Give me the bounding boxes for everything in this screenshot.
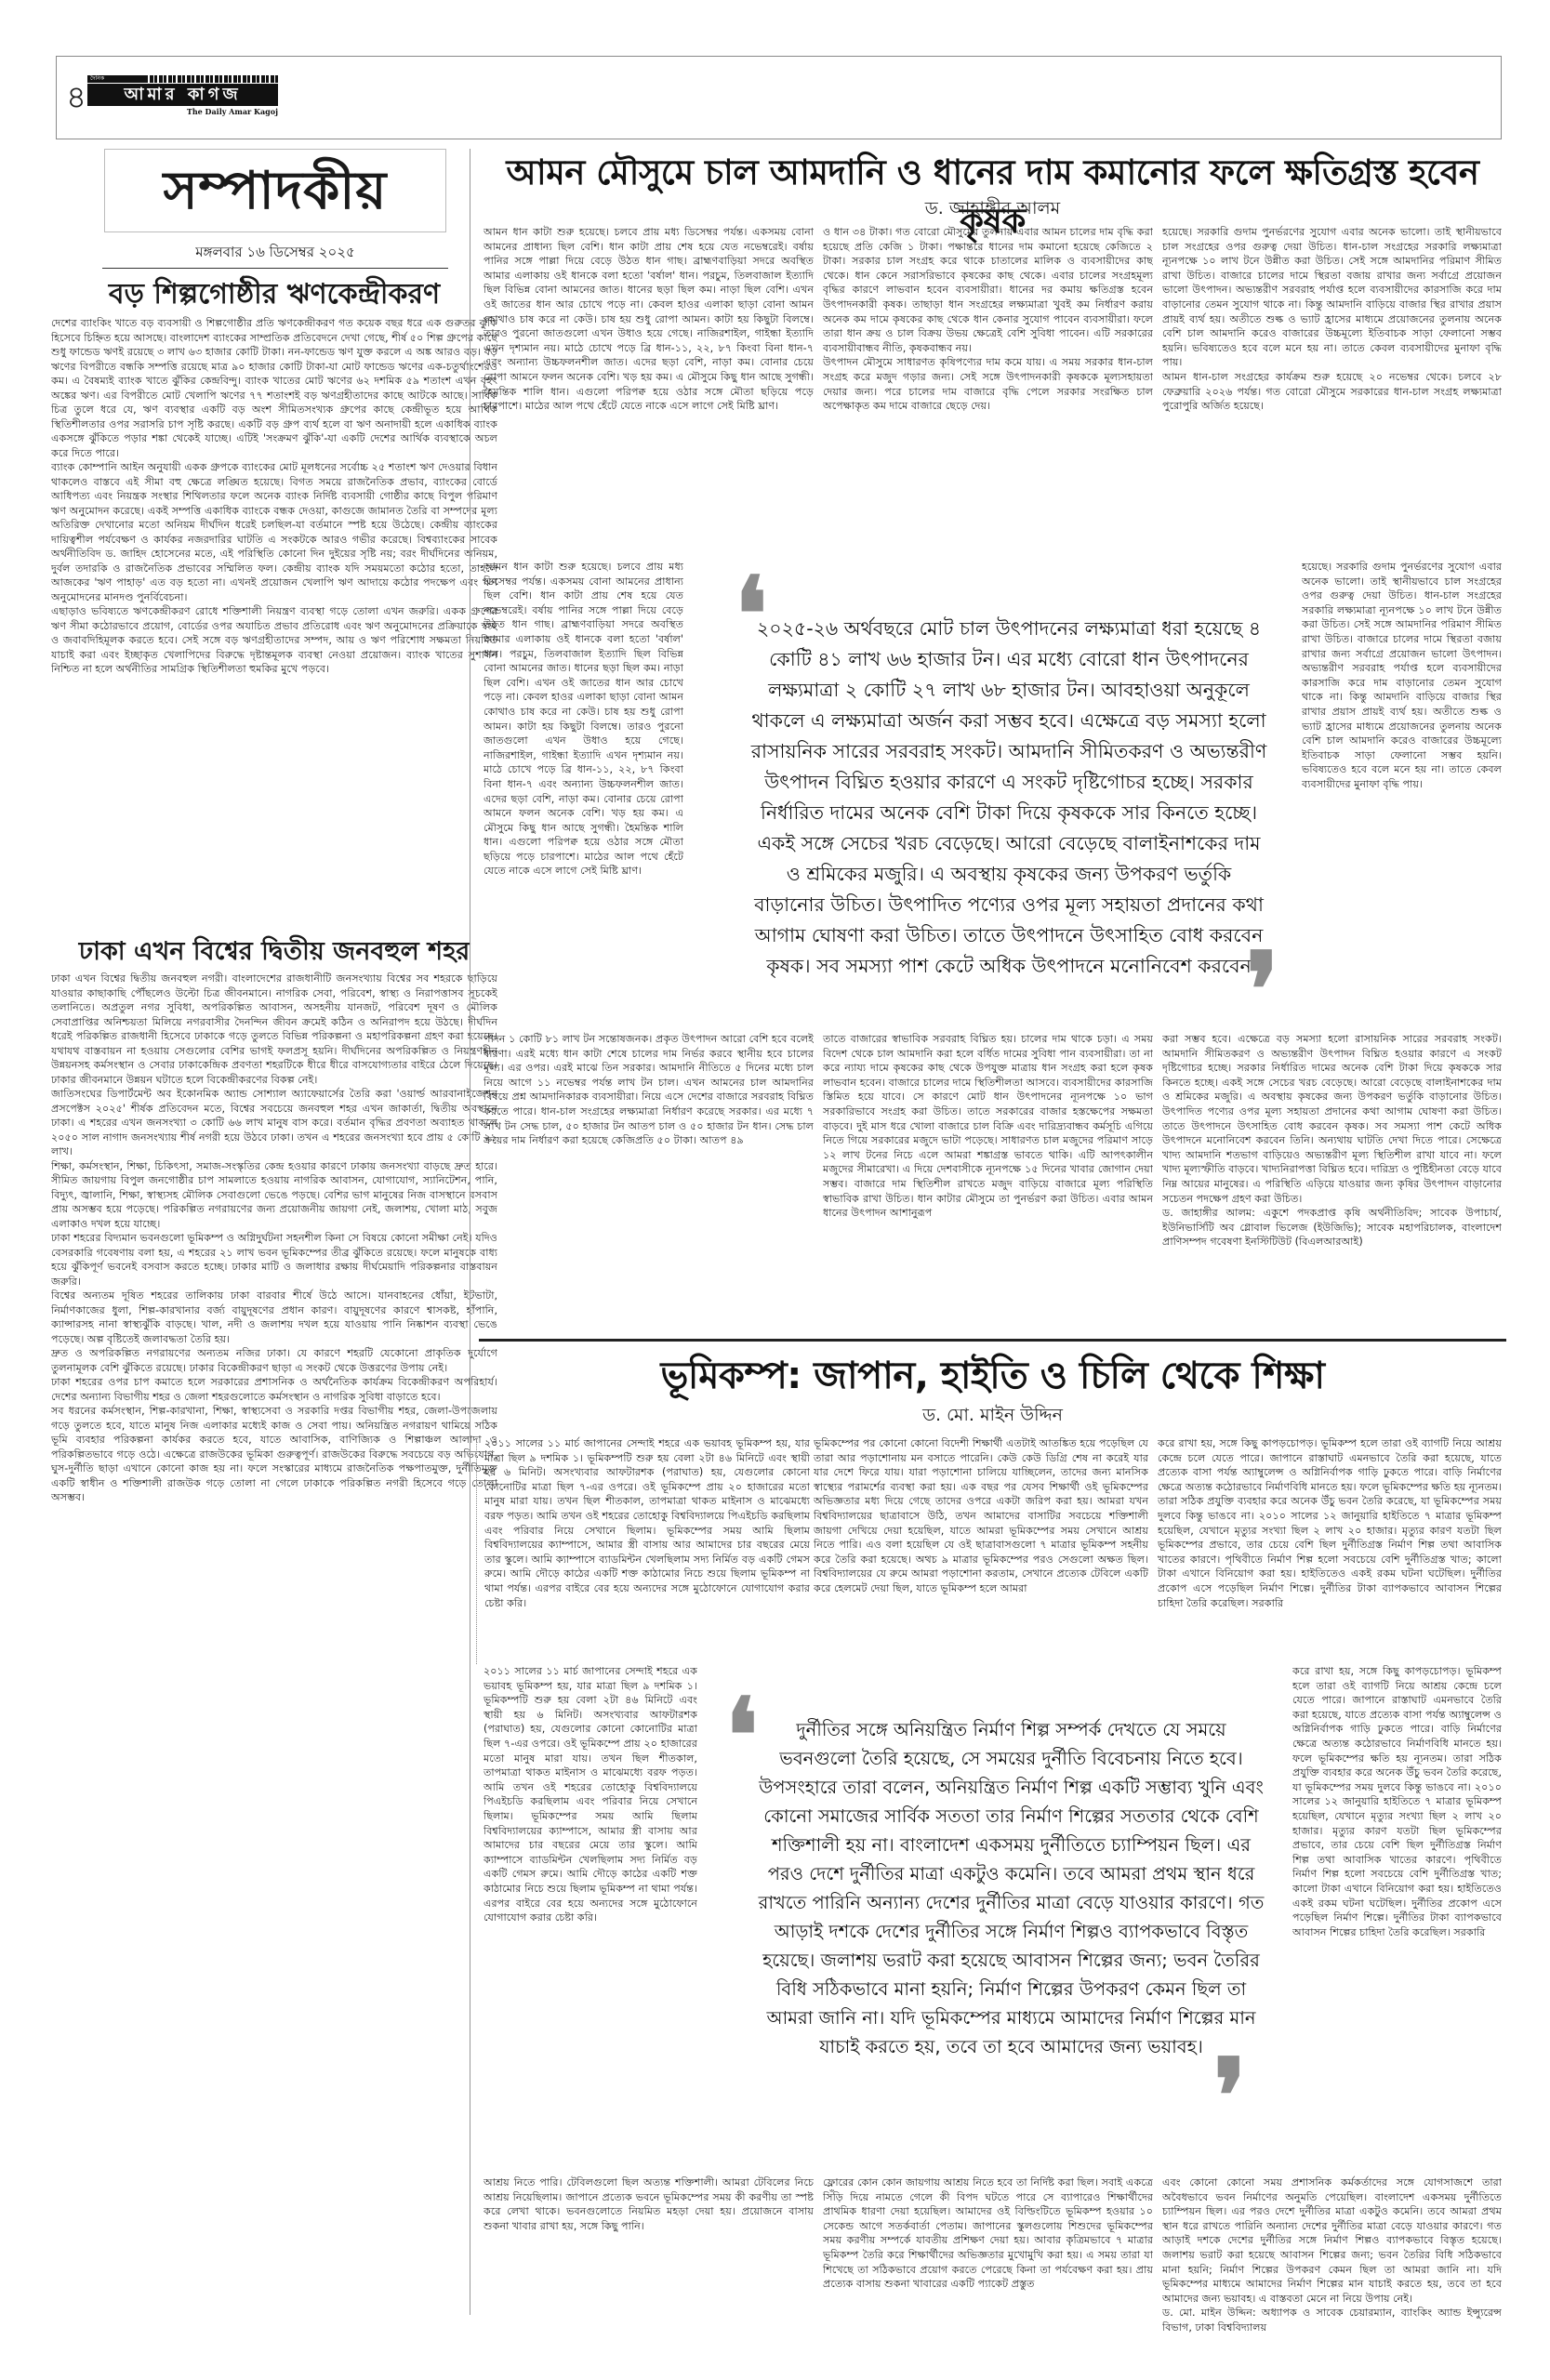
paragraph: দ্রুত ও অপরিকল্পিত নগরায়ণের অন্যতম নজির… (51, 1346, 497, 1375)
paragraph: ঢাকা শহরের বিদ্যমান ভবনগুলো ভূমিকম্প ও অ… (51, 1231, 497, 1289)
article-column: ভূমিকম্পের পর কোনো কোনো বিদেশী শিক্ষার্থ… (814, 1436, 1148, 1650)
article-column: আমন ধান কাটা শুরু হয়েছে। চলবে প্রায় মধ… (484, 225, 814, 560)
article-column-strip: করে রাখা হয়, সঙ্গে কিছু কাপড়চোপড়। ভূম… (1292, 1664, 1502, 2171)
paragraph: ফ্লোরের কোন কোন জায়গায় আশ্রয় নিতে হবে… (823, 2175, 1153, 2292)
paragraph: ব্যাংক কোম্পানি আইন অনুযায়ী একক গ্রুপকে… (51, 460, 497, 604)
author-bio: ড. জাহাঙ্গীর আলম: একুশে পদকপ্রাপ্ত কৃষি … (1162, 1206, 1502, 1249)
close-quote-icon: ❜ (1246, 939, 1278, 1041)
paragraph: হয়েছে। সরকারি গুদাম পুনর্ভরণের সুযোগ এব… (1302, 560, 1502, 792)
column-divider (470, 149, 470, 2315)
author-bio: ড. মো. মাইন উদ্দিন: অধ্যাপক ও সাবেক চেয়… (1162, 2306, 1502, 2334)
logo-name: আমার কাগজ (87, 84, 278, 106)
article-column: ২০১১ সালের ১১ মার্চ জাপানের সেন্দাই শহরে… (476, 1436, 810, 1664)
article-column: পাদন ১ কোটি ৮১ লাখ টন সন্তোষজনক। প্রকৃত … (484, 1032, 814, 1334)
paragraph: ঢাকা এখন বিশ্বের দ্বিতীয় জনবহুল নগরী। ব… (51, 972, 497, 1087)
paragraph: ও ধান ৩৪ টাকা। গত বোরো মৌসুমের তুলনায় এ… (823, 225, 1153, 355)
article-byline: ড. জাহাঙ্গীর আলম (479, 195, 1506, 225)
paragraph: বিশ্বের অন্যতম দূষিত শহরের তালিকায় ঢাকা… (51, 1289, 497, 1346)
logo-prefix: দৈনিক (87, 75, 145, 83)
article-column-strip: আমন ধান কাটা শুরু হয়েছে। চলবে প্রায় মধ… (484, 560, 683, 1029)
masthead-bar: ৪ দৈনিক আমার কাগজ The Daily Amar Kagoj (56, 56, 1502, 139)
paragraph: পাদন ১ কোটি ৮১ লাখ টন সন্তোষজনক। প্রকৃত … (484, 1032, 814, 1148)
article-headline: ভূমিকম্প: জাপান, হাইতি ও চিলি থেকে শিক্ষ… (479, 1350, 1506, 1402)
paragraph: ভূমিকম্পের পর কোনো কোনো বিদেশী শিক্ষার্থ… (814, 1436, 1148, 1596)
editorial-headline: ঢাকা এখন বিশ্বের দ্বিতীয় জনবহুল শহর (51, 934, 497, 970)
paragraph: আশ্রয় নিতে পারি। টেবিলগুলো ছিল অত্যন্ত … (484, 2175, 814, 2233)
paragraph: ২০১১ সালের ১১ মার্চ জাপানের সেন্দাই শহরে… (484, 1664, 697, 1925)
editorial-date: মঙ্গলবার ১৬ ডিসেম্বর ২০২৫ (102, 242, 448, 265)
paragraph: করে রাখা হয়, সঙ্গে কিছু কাপড়চোপড়। ভূম… (1158, 1436, 1502, 1610)
article-column: আশ্রয় নিতে পারি। টেবিলগুলো ছিল অত্যন্ত … (484, 2175, 814, 2361)
editorial-headline: বড় শিল্পগোষ্ঠীর ঋণকেন্দ্রীকরণ (51, 275, 497, 314)
paragraph: ২০১১ সালের ১১ মার্চ জাপানের সেন্দাই শহরে… (484, 1436, 810, 1610)
article-byline: ড. মো. মাইন উদ্দিন (479, 1402, 1506, 1432)
paragraph: দেশের ব্যাংকিং খাতে বড় ব্যবসায়ী ও শিল্… (51, 316, 497, 460)
paragraph: তাতে বাজারের স্বাভাবিক সরবরাহ বিঘ্নিত হয… (823, 1032, 1153, 1221)
paragraph: শিক্ষা, কর্মসংস্থান, শিক্ষা, চিকিৎসা, সম… (51, 1159, 497, 1232)
pull-quote: দুর্নীতির সঙ্গে অনিয়ন্ত্রিত নির্মাণ শিল… (758, 1715, 1265, 2082)
article-column: তাতে বাজারের স্বাভাবিক সরবরাহ বিঘ্নিত হয… (823, 1032, 1153, 1334)
article-column-strip: ২০১১ সালের ১১ মার্চ জাপানের সেন্দাই শহরে… (484, 1664, 697, 2171)
paragraph: করে রাখা হয়, সঙ্গে কিছু কাপড়চোপড়। ভূম… (1292, 1664, 1502, 1939)
divider (102, 268, 448, 269)
paragraph: সব ধরনের কর্মসংস্থান, শিল্প-কারখানা, শিক… (51, 1404, 497, 1505)
editorial-sidebar: সম্পাদকীয় মঙ্গলবার ১৬ ডিসেম্বর ২০২৫ বড়… (102, 149, 448, 2361)
open-quote-icon: ❛ (725, 1685, 758, 1787)
paragraph: উৎপাদন মৌসুমে সাধারণত কৃষিপণ্যের দাম কমে… (823, 355, 1153, 413)
close-quote-icon: ❜ (1213, 2045, 1246, 2148)
article-column: ও ধান ৩৪ টাকা। গত বোরো মৌসুমের তুলনায় এ… (823, 225, 1153, 560)
paragraph: এছাড়াও ভবিষ্যতে ঋণকেন্দ্রীকরণ রোধে শক্ত… (51, 604, 497, 677)
logo-english-name: The Daily Amar Kagoj (187, 107, 278, 116)
editorial-section-title-box: সম্পাদকীয় (104, 149, 446, 232)
article-separator (479, 1339, 1506, 1342)
newspaper-logo: দৈনিক আমার কাগজ The Daily Amar Kagoj (87, 75, 278, 116)
article-column: করা সম্ভব হবে। এক্ষেত্রে বড় সমস্যা হলো … (1162, 1032, 1502, 1334)
article-column-strip: হয়েছে। সরকারি গুদাম পুনর্ভরণের সুযোগ এব… (1302, 560, 1502, 1029)
paragraph: আমন ধান কাটা শুরু হয়েছে। চলবে প্রায় মধ… (484, 225, 814, 414)
page-number: ৪ (66, 73, 86, 126)
article-column: হয়েছে। সরকারি গুদাম পুনর্ভরণের সুযোগ এব… (1162, 225, 1502, 560)
article-column: ফ্লোরের কোন কোন জায়গায় আশ্রয় নিতে হবে… (823, 2175, 1153, 2361)
logo-skyline-icon (145, 75, 278, 83)
editorial-section-title: সম্পাদকীয় (164, 160, 388, 221)
editorial-body: ঢাকা এখন বিশ্বের দ্বিতীয় জনবহুল নগরী। ব… (51, 972, 497, 2268)
article-column: এবং কোনো কোনো সময় প্রশাসনিক কর্মকর্তাদে… (1162, 2175, 1502, 2361)
paragraph: হয়েছে। সরকারি গুদাম পুনর্ভরণের সুযোগ এব… (1162, 225, 1502, 370)
paragraph: ঢাকা শহরের ওপর চাপ কমাতে হলে সরকারের প্র… (51, 1375, 497, 1404)
paragraph: আমন ধান কাটা শুরু হয়েছে। চলবে প্রায় মধ… (484, 560, 683, 879)
article-column: করে রাখা হয়, সঙ্গে কিছু কাপড়চোপড়। ভূম… (1158, 1436, 1502, 1659)
pull-quote: ২০২৫-২৬ অর্থবছরে মোট চাল উৎপাদনের লক্ষ্য… (749, 614, 1269, 981)
paragraph: করা সম্ভব হবে। এক্ষেত্রে বড় সমস্যা হলো … (1162, 1032, 1502, 1206)
paragraph: এবং কোনো কোনো সময় প্রশাসনিক কর্মকর্তাদে… (1162, 2175, 1502, 2306)
paragraph: জাতিসংঘের ডিপার্টমেন্ট অব ইকোনমিক অ্যান্… (51, 1087, 497, 1159)
paragraph: আমন ধান-চাল সংগ্রহের কার্যক্রম শুরু হয়ে… (1162, 370, 1502, 414)
